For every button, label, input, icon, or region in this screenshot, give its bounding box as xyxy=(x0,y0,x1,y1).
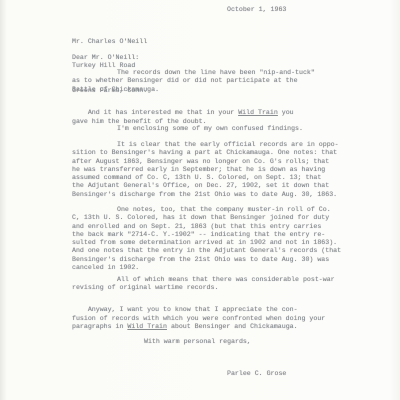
letter-paragraph-4: It is clear that the early official reco… xyxy=(72,141,364,199)
letter-date: October 1, 1963 xyxy=(227,6,286,14)
recipient-address-block: Mr. Charles O'Neill Turkey Hill Road Gre… xyxy=(72,21,147,112)
letter-paragraph-1: The records down the line have been "nip… xyxy=(72,69,364,94)
signature-name: Parlee C. Grose xyxy=(227,370,286,378)
recipient-name: Mr. Charles O'Neill xyxy=(72,38,147,46)
paragraph-text: about Bensinger and Chickamauga. xyxy=(167,323,298,330)
salutation: Dear Mr. O'Neill: xyxy=(72,54,364,62)
letter-paragraph-5: One notes, too, that the company muster-… xyxy=(72,206,364,272)
letter-paragraph-7: Anyway, I want you to know that I apprec… xyxy=(72,298,364,339)
letter-paragraph-6: All of which means that there was consid… xyxy=(72,276,364,293)
book-title-wild-train: Wild Train xyxy=(238,109,278,116)
complimentary-closing: With warm personal regards, xyxy=(144,338,251,346)
letter-paper: October 1, 1963 Mr. Charles O'Neill Turk… xyxy=(0,0,400,400)
letter-paragraph-3: I'm enclosing some of my own confused fi… xyxy=(72,125,364,133)
paragraph-text: And it has interested me that in your xyxy=(88,109,238,116)
book-title-wild-train: Wild Train xyxy=(127,323,167,330)
